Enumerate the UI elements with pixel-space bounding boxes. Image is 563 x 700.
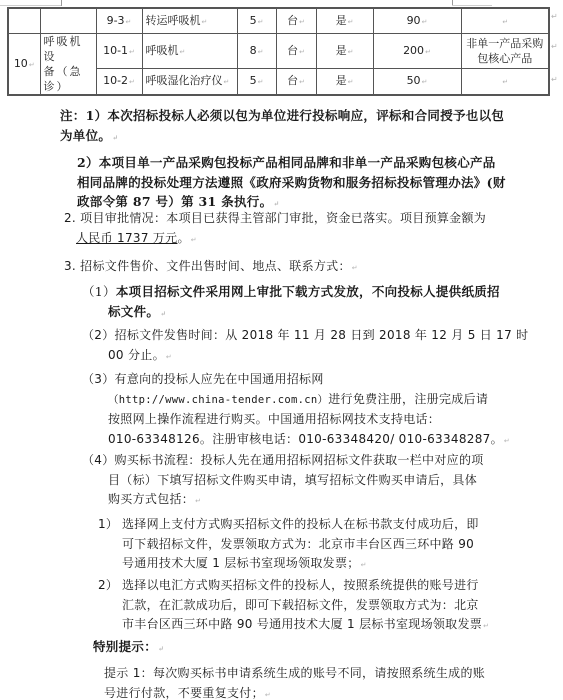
pkg-no-cell: [8, 8, 40, 34]
pkg-name-cell: 呼吸机设备（急诊）: [40, 34, 96, 96]
qty-cell: 5↵: [237, 8, 276, 34]
unit-cell: 台↵: [276, 69, 316, 95]
note-2: 2）本项目单一产品采购包投标产品相同品牌和非单一产品采购包核心产品 相同品牌的投…: [77, 153, 506, 214]
border-mark: [0, 5, 61, 6]
budget-cell: 50↵: [373, 69, 461, 95]
item-no-cell: 10-2↵: [96, 69, 142, 95]
procurement-items-table: 9-3↵ 转运呼吸机↵ 5↵ 台↵ 是↵ 90↵ ↵ 10↵ 呼吸机设备（急诊）…: [7, 7, 550, 96]
pkg-no-cell: 10↵: [8, 34, 40, 96]
row-end-mark: ↵: [551, 75, 558, 84]
row-end-mark: ↵: [551, 12, 558, 21]
purchase-method-1: 1）选择网上支付方式购买招标文件的投标人在标书款支付成功后，即 可下载招标文件，…: [98, 515, 479, 576]
budget-cell: 200↵: [373, 34, 461, 69]
unit-cell: 台↵: [276, 34, 316, 69]
section-3-item-1: （1）本项目招标文件采用网上审批下载方式发放，不向投标人提供纸质招 标文件。↵: [82, 282, 500, 323]
item-name-cell: 呼吸机↵: [142, 34, 237, 69]
section-3-title: 3. 招标文件售价、文件出售时间、地点、联系方式：↵: [64, 257, 358, 279]
imported-cell: 是↵: [316, 34, 373, 69]
special-tips-title: 特别提示：↵: [93, 637, 164, 659]
remark-cell: ↵: [461, 8, 549, 34]
remark-cell: 非单一产品采购包核心产品: [461, 34, 549, 69]
special-tip-1: 提示 1：每次购买标书申请系统生成的账号不同，请按照系统生成的账 号进行付款，不…: [104, 664, 485, 700]
border-mark: [452, 5, 492, 6]
item-no-cell: 10-1↵: [96, 34, 142, 69]
qty-cell: 5↵: [237, 69, 276, 95]
unit-cell: 台↵: [276, 8, 316, 34]
tender-website-url[interactable]: （http://www.china-tender.com.cn）: [108, 394, 328, 406]
item-name-cell: 呼吸湿化治疗仪↵: [142, 69, 237, 95]
budget-cell: 90↵: [373, 8, 461, 34]
purchase-method-2: 2）选择以电汇方式购买招标文件的投标人，按照系统提供的账号进行 汇款，在汇款成功…: [98, 576, 489, 637]
table-row: 10↵ 呼吸机设备（急诊） 10-1↵ 呼吸机↵ 8↵ 台↵ 是↵ 200↵ 非…: [8, 34, 549, 69]
row-end-mark: ↵: [551, 42, 558, 51]
section-3-item-3: （3）有意向的投标人应先在中国通用招标网 （http://www.china-t…: [82, 370, 510, 451]
section-3-item-2: （2）招标文件发售时间：从 2018 年 11 月 28 日到 2018 年 1…: [82, 326, 528, 367]
remark-cell: ↵: [461, 69, 549, 95]
qty-cell: 8↵: [237, 34, 276, 69]
imported-cell: 是↵: [316, 8, 373, 34]
item-no-cell: 9-3↵: [96, 8, 142, 34]
pkg-name-cell: [40, 8, 96, 34]
imported-cell: 是↵: [316, 69, 373, 95]
budget-amount: 人民币 1737 万元: [76, 231, 177, 245]
section-2-approval: 2. 项目审批情况：本项目已获得主管部门审批，资金已落实。项目预算金额为 人民币…: [64, 209, 486, 250]
note-1: 注：1）本次招标投标人必须以包为单位进行投标响应，评标和合同授予也以包 为单位。…: [60, 106, 504, 147]
item-name-cell: 转运呼吸机↵: [142, 8, 237, 34]
border-mark: [61, 0, 62, 6]
table-row: 9-3↵ 转运呼吸机↵ 5↵ 台↵ 是↵ 90↵ ↵: [8, 8, 549, 34]
section-3-item-4: （4）购买标书流程：投标人先在通用招标网招标文件获取一栏中对应的项 目（标）下填…: [82, 451, 484, 512]
